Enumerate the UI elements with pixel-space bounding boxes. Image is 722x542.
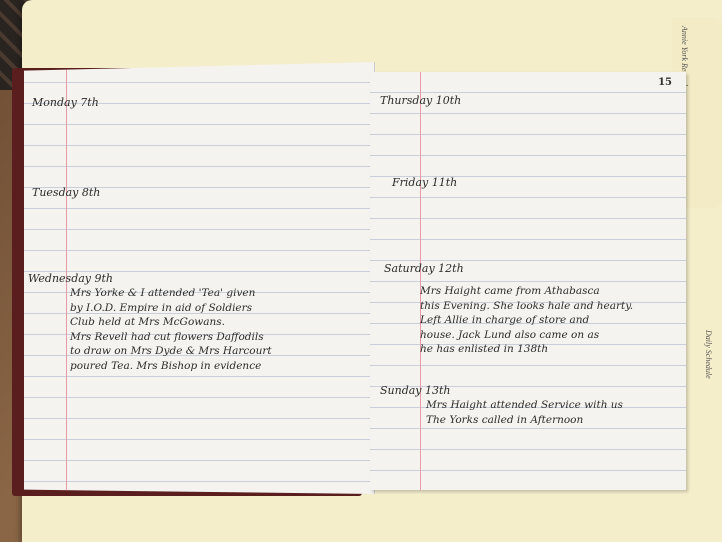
entry-text-wednesday: Mrs Yorke & I attended 'Tea' given by I.… — [70, 286, 272, 373]
day-heading-sunday: Sunday 13th — [380, 384, 451, 397]
margin-line — [420, 72, 421, 490]
day-heading-friday: Friday 11th — [392, 176, 457, 189]
page-number: 15 — [658, 77, 672, 88]
day-heading-tuesday: Tuesday 8th — [32, 186, 100, 199]
entry-text-saturday: Mrs Haight came from Athabasca this Even… — [420, 284, 633, 357]
folder-side-label: Daily Schedule — [704, 330, 713, 379]
diary-book: Monday 7th Tuesday 8th Wednesday 9th Mrs… — [12, 62, 688, 492]
day-heading-wednesday: Wednesday 9th — [28, 272, 113, 285]
day-heading-thursday: Thursday 10th — [380, 94, 461, 107]
day-heading-saturday: Saturday 12th — [384, 262, 464, 275]
left-page: Monday 7th Tuesday 8th Wednesday 9th Mrs… — [24, 62, 375, 494]
day-heading-monday: Monday 7th — [32, 96, 99, 109]
right-page: 15 Thursday 10th Friday 11th Saturday 12… — [370, 72, 686, 490]
entry-text-sunday: Mrs Haight attended Service with us The … — [426, 398, 623, 427]
